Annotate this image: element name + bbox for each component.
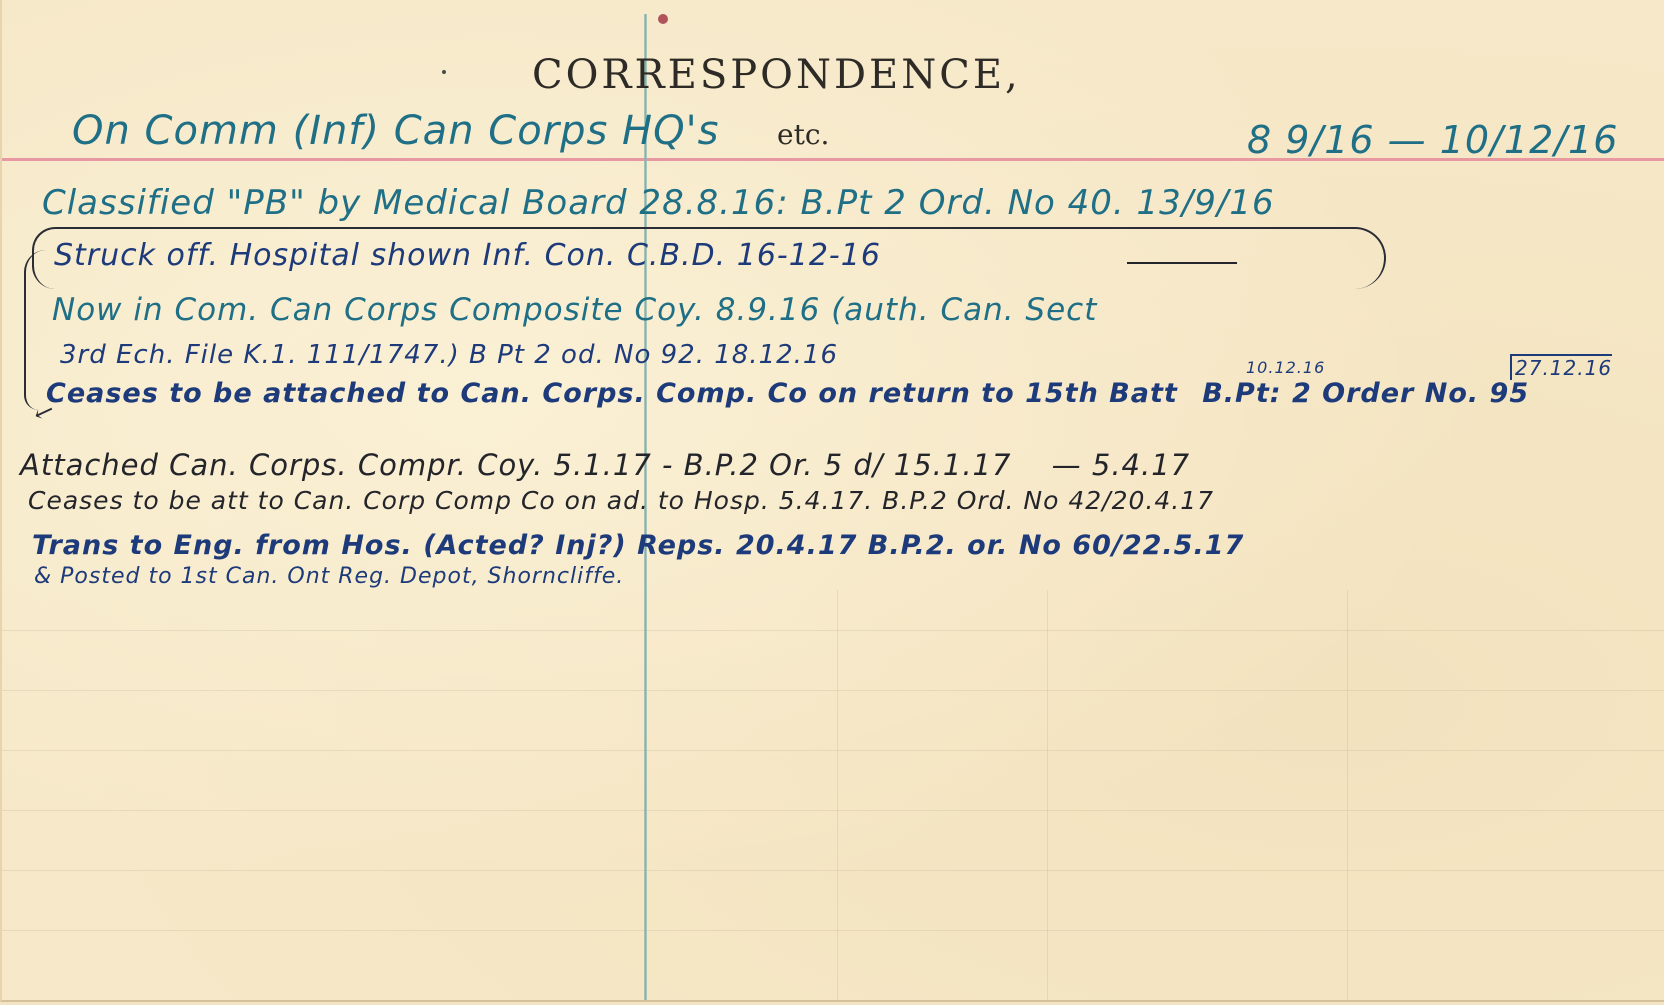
entry-8-text: Ceases to be att to Can. Corp Comp Co on… xyxy=(28,486,1214,515)
entry-3-text: Struck off. Hospital shown Inf. Con. C.B… xyxy=(54,238,881,273)
ruled-line xyxy=(2,870,1664,871)
card-subtitle: etc. xyxy=(777,118,829,151)
column-line xyxy=(1347,590,1348,1000)
ink-dot xyxy=(442,70,446,74)
column-line xyxy=(1047,590,1048,1000)
entry-1-date: 8 9/16 — 10/12/16 xyxy=(1247,118,1618,162)
ruled-line xyxy=(2,930,1664,931)
bracket-left-curve xyxy=(24,250,46,410)
entry-6-main: Ceases to be attached to Can. Corps. Com… xyxy=(46,378,1178,409)
ruled-line xyxy=(2,810,1664,811)
punch-hole-mark xyxy=(658,14,668,24)
ruled-line xyxy=(2,750,1664,751)
entry-7-date: — 5.4.17 xyxy=(1052,448,1190,482)
entry-1-text: On Comm (Inf) Can Corps HQ's xyxy=(72,108,719,154)
ruled-line xyxy=(2,630,1664,631)
entry-9-text: Trans to Eng. from Hos. (Acted? Inj?) Re… xyxy=(32,530,1244,561)
entry-4-text: Now in Com. Can Corps Composite Coy. 8.9… xyxy=(52,292,1097,328)
ruled-line xyxy=(2,690,1664,691)
entry-6-date-superscript-1: 10.12.16 xyxy=(1246,358,1325,377)
entry-6-date-superscript-2: 27.12.16 xyxy=(1510,354,1612,380)
entry-10-text: & Posted to 1st Can. Ont Reg. Depot, Sho… xyxy=(34,564,624,589)
entry-2-text: Classified "PB" by Medical Board 28.8.16… xyxy=(42,183,1275,223)
entry-6-tail: B.Pt: 2 Order No. 95 xyxy=(1202,378,1529,409)
strikethrough-mark xyxy=(1127,262,1237,264)
card-title: CORRESPONDENCE, xyxy=(532,52,1021,98)
record-card: CORRESPONDENCE, etc. ↙ On Comm (Inf) Can… xyxy=(0,0,1664,1002)
entry-7-main: Attached Can. Corps. Compr. Coy. 5.1.17 … xyxy=(20,448,1011,482)
entry-7-text: Attached Can. Corps. Compr. Coy. 5.1.17 … xyxy=(20,448,1190,482)
column-line xyxy=(837,590,838,1000)
entry-6-text: Ceases to be attached to Can. Corps. Com… xyxy=(46,378,1529,409)
entry-5-text: 3rd Ech. File K.1. 111/1747.) B Pt 2 od.… xyxy=(60,340,838,370)
